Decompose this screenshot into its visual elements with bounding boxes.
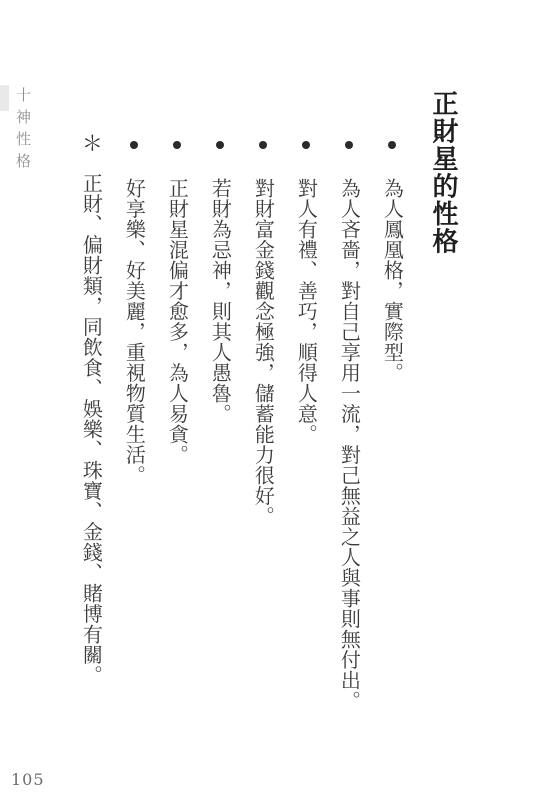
page-number: 105 (11, 770, 45, 789)
bullet-item: 好享樂、好美麗，重視物質生活。 (123, 90, 144, 790)
margin-tab (0, 85, 9, 111)
bullet-item: 對人有禮、善巧，順得人意。 (295, 90, 316, 790)
book-page: 十神性格 105 正財星的性格 為人鳳凰格，實際型。 為人吝嗇，對自己享用一流，… (0, 0, 537, 812)
bullet-text: 若財為忌神，則其人愚魯。 (208, 178, 232, 424)
bullet-dot-icon (173, 141, 181, 149)
chapter-label: 十神性格 (13, 87, 34, 175)
bullet-dot-icon (216, 141, 224, 149)
bullet-text: 為人鳳凰格，實際型。 (380, 178, 404, 383)
footnote: ＊ 正財、偏財類，同飲食、娛樂、珠寶、金錢、賭博有關。 (80, 90, 101, 790)
bullet-item: 正財星混偏才愈多，為人易貪。 (166, 90, 187, 790)
asterisk-icon: ＊ (80, 132, 101, 154)
bullet-dot-icon (130, 141, 138, 149)
bullet-text: 為人吝嗇，對自己享用一流，對己無益之人與事則無付出。 (337, 178, 361, 711)
bullet-text: 好享樂、好美麗，重視物質生活。 (122, 178, 146, 486)
bullet-text: 正財星混偏才愈多，為人易貪。 (165, 178, 189, 465)
page-title: 正財星的性格 (428, 90, 457, 790)
bullet-list: 為人鳳凰格，實際型。 為人吝嗇，對自己享用一流，對己無益之人與事則無付出。 對人… (123, 90, 402, 790)
bullet-item: 為人吝嗇，對自己享用一流，對己無益之人與事則無付出。 (338, 90, 359, 790)
bullet-text: 對財富金錢觀念極強，儲蓄能力很好。 (251, 178, 275, 527)
footnote-text: 正財、偏財類，同飲食、娛樂、珠寶、金錢、賭博有關。 (79, 173, 103, 686)
bullet-item: 對財富金錢觀念極強，儲蓄能力很好。 (252, 90, 273, 790)
bullet-dot-icon (345, 141, 353, 149)
bullet-text: 對人有禮、善巧，順得人意。 (294, 178, 318, 445)
bullet-dot-icon (259, 141, 267, 149)
bullet-dot-icon (302, 141, 310, 149)
bullet-item: 為人鳳凰格，實際型。 (381, 90, 402, 790)
bullet-dot-icon (388, 141, 396, 149)
bullet-item: 若財為忌神，則其人愚魯。 (209, 90, 230, 790)
page-content: 正財星的性格 為人鳳凰格，實際型。 為人吝嗇，對自己享用一流，對己無益之人與事則… (80, 90, 457, 790)
